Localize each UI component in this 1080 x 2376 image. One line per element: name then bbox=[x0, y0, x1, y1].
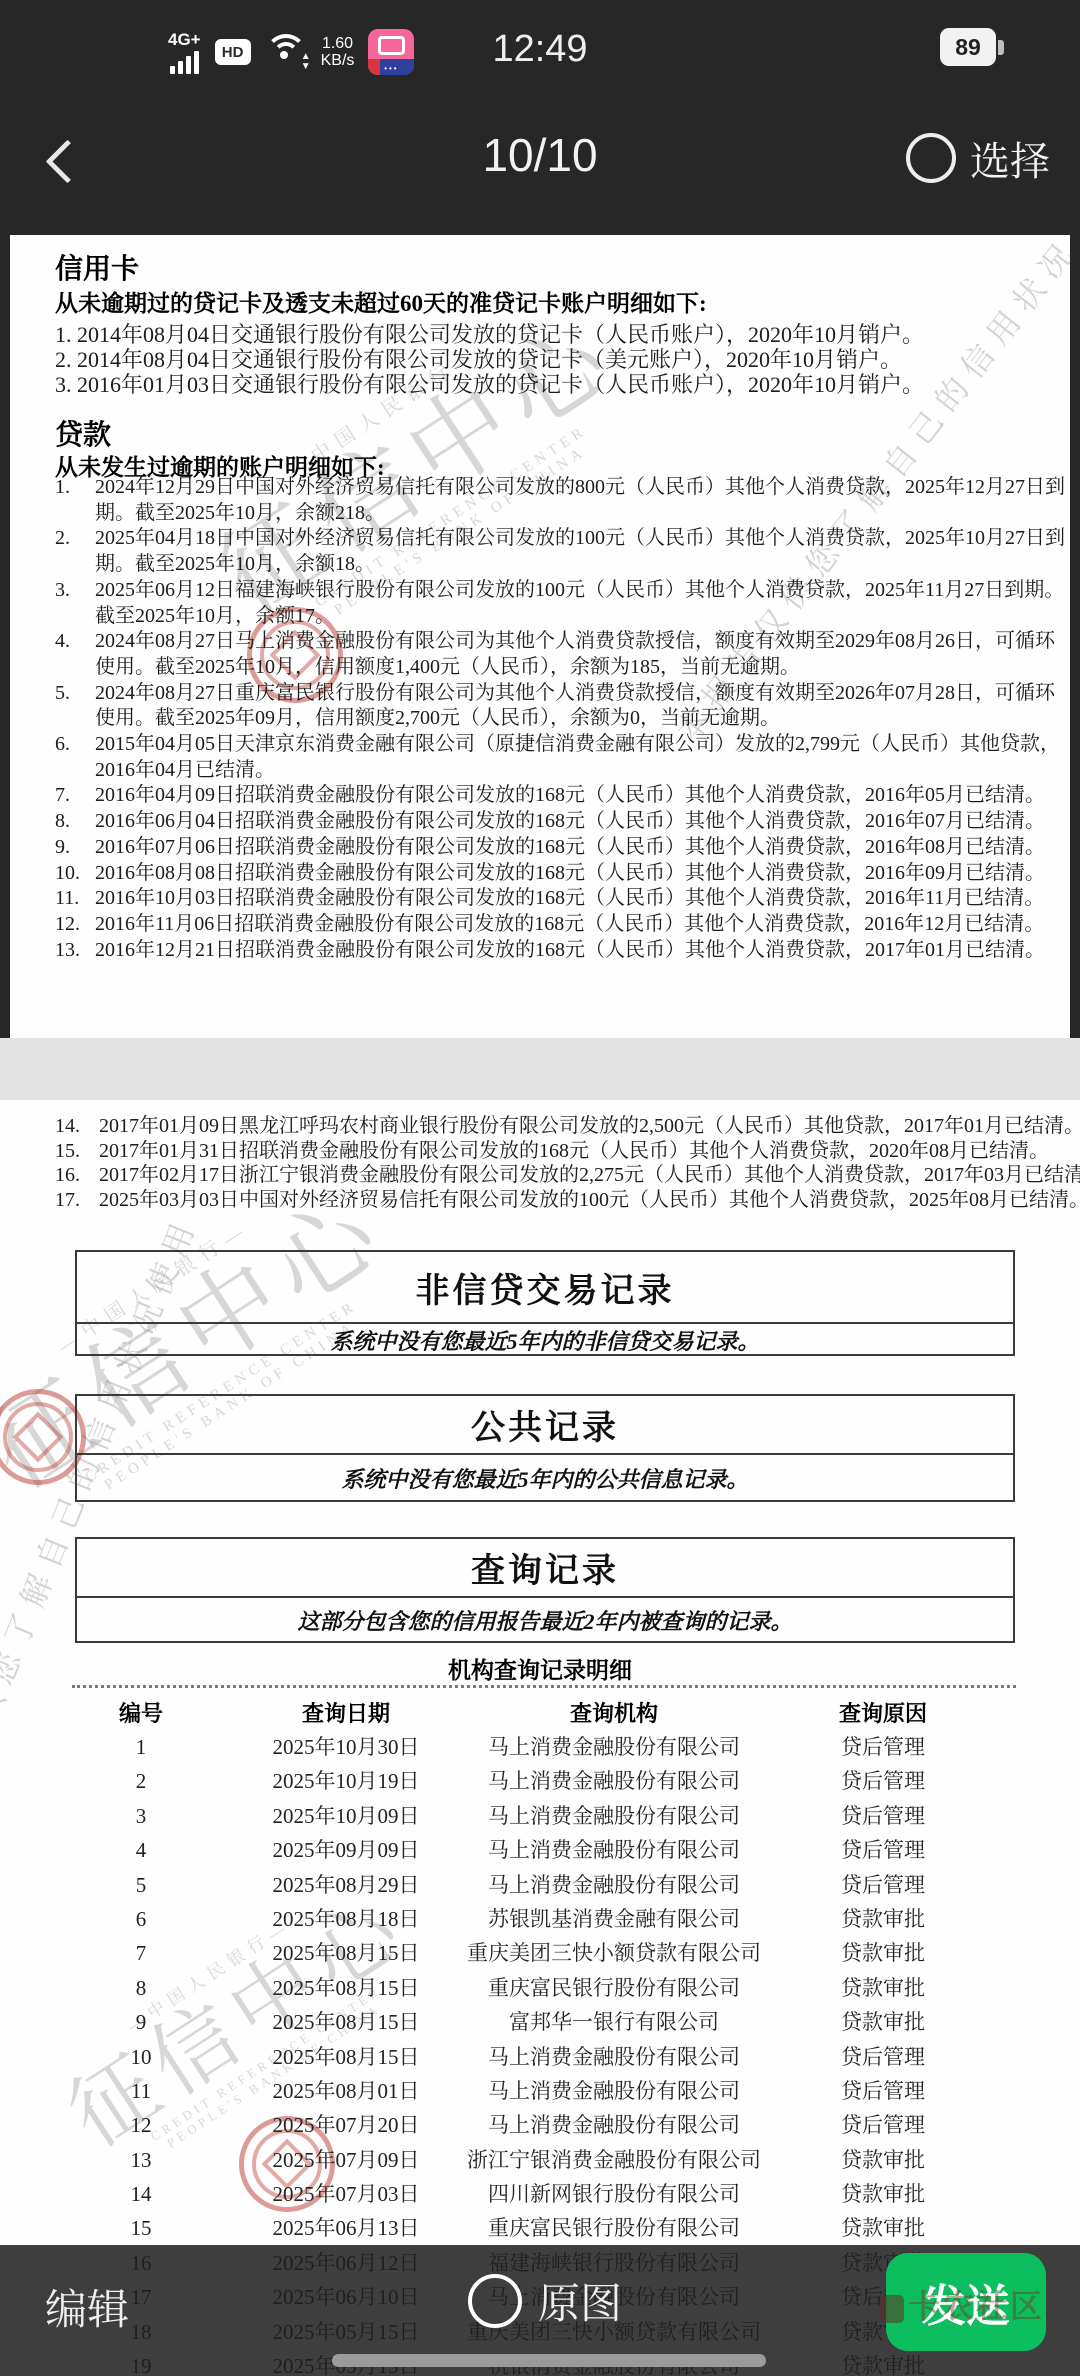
credit-card-list: 1. 2014年08月04日交通银行股份有限公司发放的贷记卡（人民币账户），20… bbox=[55, 323, 924, 397]
query-table-caption: 机构查询记录明细 bbox=[0, 1652, 1080, 1685]
section-body: 这部分包含您的信用报告最近2年内被查询的记录。 bbox=[77, 1598, 1013, 1643]
loan-item: 5.2024年08月27日重庆富民银行股份有限公司为其他个人消费贷款授信，额度有… bbox=[55, 681, 1070, 732]
send-button[interactable]: 发送 bbox=[886, 2253, 1046, 2351]
loan-item: 16.2017年02月17日浙江宁银消费金融股份有限公司发放的2,275元（人民… bbox=[55, 1163, 1075, 1188]
query-table-row: 82025年08月15日重庆富民银行股份有限公司贷款审批 bbox=[0, 1971, 1080, 2005]
loan-item: 14.2017年01月09日黑龙江呼玛农村商业银行股份有限公司发放的2,500元… bbox=[55, 1114, 1075, 1139]
query-table-row: 132025年07月09日浙江宁银消费金融股份有限公司贷款审批 bbox=[0, 2143, 1080, 2177]
loan-item: 10.2016年08月08日招联消费金融股份有限公司发放的168元（人民币）其他… bbox=[55, 861, 1070, 887]
section-query-records: 查询记录 这部分包含您的信用报告最近2年内被查询的记录。 bbox=[75, 1537, 1015, 1643]
report-page-1[interactable]: —中国人民银行— 征信中心 CREDIT REFERENCE CENTER PE… bbox=[10, 235, 1070, 1038]
select-label: 选择 bbox=[970, 130, 1050, 187]
loan-item: 6.2015年04月05日天津京东消费金融有限公司（原捷信消费金融有限公司）发放… bbox=[55, 732, 1070, 783]
col-header-institution: 查询机构 bbox=[570, 1698, 658, 1730]
loan-item: 1.2024年12月29日中国对外经济贸易信托有限公司发放的800元（人民币）其… bbox=[55, 475, 1070, 526]
loan-item: 4.2024年08月27日马上消费金融股份有限公司为其他个人消费贷款授信，额度有… bbox=[55, 629, 1070, 680]
query-table-row: 152025年06月13日重庆富民银行股份有限公司贷款审批 bbox=[0, 2211, 1080, 2245]
battery-percent: 89 bbox=[940, 28, 996, 66]
query-table-row: 112025年08月01日马上消费金融股份有限公司贷后管理 bbox=[0, 2074, 1080, 2108]
loan-item: 17.2025年03月03日中国对外经济贸易信托有限公司发放的100元（人民币）… bbox=[55, 1188, 1075, 1213]
battery-icon: 89 bbox=[940, 28, 1004, 66]
query-table-row: 92025年08月15日富邦华一银行有限公司贷款审批 bbox=[0, 2005, 1080, 2039]
dotted-divider bbox=[72, 1685, 1016, 1688]
original-label: 原图 bbox=[538, 2271, 622, 2331]
query-table-row: 32025年10月09日马上消费金融股份有限公司贷后管理 bbox=[0, 1799, 1080, 1833]
query-table-row: 102025年08月15日马上消费金融股份有限公司贷后管理 bbox=[0, 2040, 1080, 2074]
image-viewer-screen: 4G+ HD ▲▼ 1.60 KB/s ••• 12:49 89 bbox=[0, 0, 1080, 2376]
col-header-date: 查询日期 bbox=[302, 1698, 390, 1730]
query-table-row: 62025年08月18日苏银凯基消费金融有限公司贷款审批 bbox=[0, 1902, 1080, 1936]
section-body: 系统中没有您最近5年内的公共信息记录。 bbox=[77, 1455, 1013, 1502]
clock: 12:49 bbox=[0, 28, 1080, 71]
edit-button[interactable]: 编辑 bbox=[45, 2277, 129, 2337]
nav-bar: 10/10 选择 bbox=[0, 96, 1080, 220]
loan-list: 1.2024年12月29日中国对外经济贸易信托有限公司发放的800元（人民币）其… bbox=[55, 475, 1070, 963]
section-title: 查询记录 bbox=[77, 1539, 1013, 1598]
query-table-row: 12025年10月30日马上消费金融股份有限公司贷后管理 bbox=[0, 1730, 1080, 1764]
original-toggle[interactable]: 原图 bbox=[468, 2271, 622, 2331]
select-button[interactable]: 选择 bbox=[906, 126, 1050, 190]
section-title: 非信贷交易记录 bbox=[77, 1252, 1013, 1324]
loan-item: 15.2017年01月31日招联消费金融股份有限公司发放的168元（人民币）其他… bbox=[55, 1139, 1075, 1164]
loan-item: 9.2016年07月06日招联消费金融股份有限公司发放的168元（人民币）其他个… bbox=[55, 835, 1070, 861]
credit-card-item: 2. 2014年08月04日交通银行股份有限公司发放的贷记卡（美元账户），202… bbox=[55, 348, 924, 373]
credit-card-heading: 信用卡 bbox=[55, 247, 139, 287]
query-table-header: 编号 查询日期 查询机构 查询原因 bbox=[0, 1698, 1080, 1730]
report-page-2[interactable]: —中国人民银行— 征信中心 CREDIT REFERENCE CENTER PE… bbox=[0, 1100, 1080, 2376]
col-header-reason: 查询原因 bbox=[839, 1698, 927, 1730]
loan-item: 13.2016年12月21日招联消费金融股份有限公司发放的168元（人民币）其他… bbox=[55, 938, 1070, 964]
radio-circle-icon[interactable] bbox=[906, 133, 956, 183]
loan-item: 8.2016年06月04日招联消费金融股份有限公司发放的168元（人民币）其他个… bbox=[55, 809, 1070, 835]
credit-card-subheading: 从未逾期过的贷记卡及透支未超过60天的准贷记卡账户明细如下: bbox=[55, 285, 707, 318]
loan-item: 3.2025年06月12日福建海峡银行股份有限公司发放的100元（人民币）其他个… bbox=[55, 578, 1070, 629]
home-indicator[interactable] bbox=[332, 2354, 766, 2367]
radio-circle-icon[interactable] bbox=[468, 2274, 522, 2328]
credit-card-item: 3. 2016年01月03日交通银行股份有限公司发放的贷记卡（人民币账户），20… bbox=[55, 373, 924, 398]
loan-item: 11.2016年10月03日招联消费金融股份有限公司发放的168元（人民币）其他… bbox=[55, 886, 1070, 912]
section-non-credit-records: 非信贷交易记录 系统中没有您最近5年内的非信贷交易记录。 bbox=[75, 1250, 1015, 1356]
query-table-row: 42025年09月09日马上消费金融股份有限公司贷后管理 bbox=[0, 1833, 1080, 1867]
query-table-row: 22025年10月19日马上消费金融股份有限公司贷后管理 bbox=[0, 1764, 1080, 1798]
status-bar: 4G+ HD ▲▼ 1.60 KB/s ••• 12:49 89 bbox=[0, 0, 1080, 96]
section-public-records: 公共记录 系统中没有您最近5年内的公共信息记录。 bbox=[75, 1394, 1015, 1502]
query-table-row: 142025年07月03日四川新网银行股份有限公司贷款审批 bbox=[0, 2177, 1080, 2211]
query-table-row: 122025年07月20日马上消费金融股份有限公司贷后管理 bbox=[0, 2108, 1080, 2142]
red-seal-stamp bbox=[0, 1389, 86, 1485]
loan-item: 7.2016年04月09日招联消费金融股份有限公司发放的168元（人民币）其他个… bbox=[55, 783, 1070, 809]
section-title: 公共记录 bbox=[77, 1396, 1013, 1455]
loans-heading: 贷款 bbox=[55, 413, 111, 453]
query-table-row: 52025年08月29日马上消费金融股份有限公司贷后管理 bbox=[0, 1868, 1080, 1902]
query-table-row: 72025年08月15日重庆美团三快小额贷款有限公司贷款审批 bbox=[0, 1936, 1080, 1970]
loan-item: 2.2025年04月18日中国对外经济贸易信托有限公司发放的100元（人民币）其… bbox=[55, 526, 1070, 577]
page-gap bbox=[0, 1038, 1080, 1100]
loan-item: 12.2016年11月06日招联消费金融股份有限公司发放的168元（人民币）其他… bbox=[55, 912, 1070, 938]
col-header-no: 编号 bbox=[119, 1698, 163, 1730]
loan-list-continued: 14.2017年01月09日黑龙江呼玛农村商业银行股份有限公司发放的2,500元… bbox=[55, 1114, 1075, 1212]
section-body: 系统中没有您最近5年内的非信贷交易记录。 bbox=[77, 1324, 1013, 1356]
credit-card-item: 1. 2014年08月04日交通银行股份有限公司发放的贷记卡（人民币账户），20… bbox=[55, 323, 924, 348]
